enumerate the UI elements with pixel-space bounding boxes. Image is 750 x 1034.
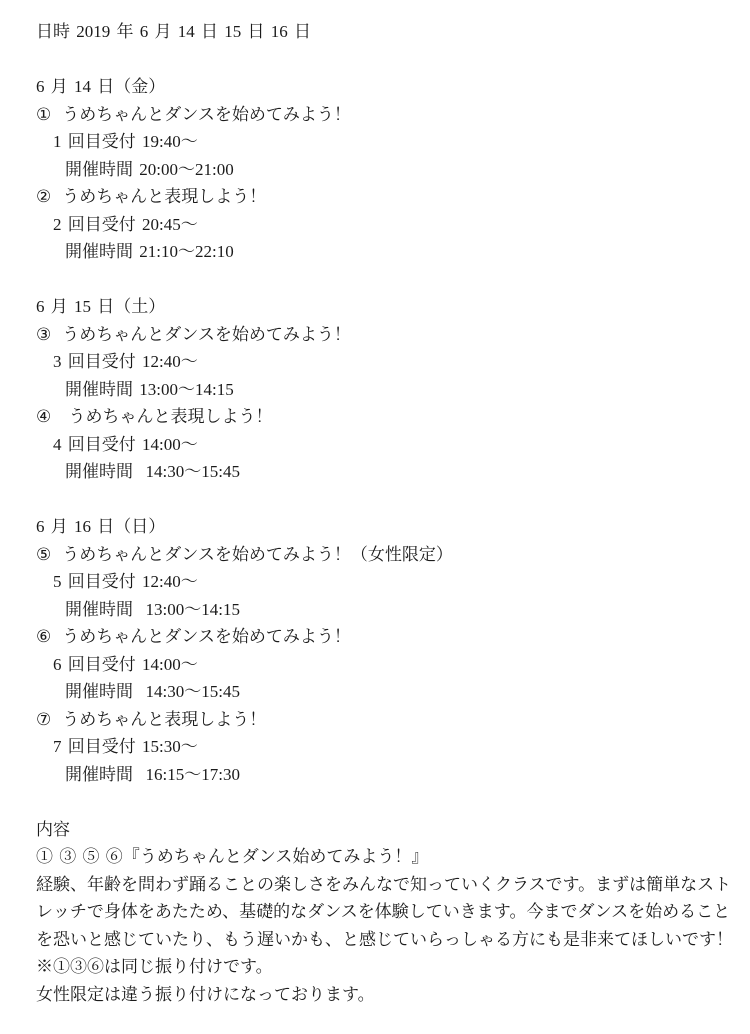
- event-reception: 7 回目受付 15:30～: [36, 733, 736, 761]
- event-reception: 3 回目受付 12:40～: [36, 348, 736, 376]
- event-reception: 4 回目受付 14:00～: [36, 431, 736, 459]
- event-time: 開催時間 16:15～17:30: [36, 761, 736, 789]
- event-reception: 1 回目受付 19:40～: [36, 128, 736, 156]
- day-date: 6 月 15 日（土）: [36, 293, 736, 321]
- circled-number-icon: ⑦: [36, 706, 51, 734]
- event-title-line: ①うめちゃんとダンスを始めてみよう！: [36, 101, 736, 129]
- event-time: 開催時間 14:30～15:45: [36, 458, 736, 486]
- event-reception: 6 回目受付 14:00～: [36, 651, 736, 679]
- event-title-line: ②うめちゃんと表現しよう！: [36, 183, 736, 211]
- content-note-choreography: ※①③⑥は同じ振り付けです。: [36, 953, 736, 981]
- event-title-line: ④ うめちゃんと表現しよう！: [36, 403, 736, 431]
- day-section-june15: 6 月 15 日（土） ③うめちゃんとダンスを始めてみよう！ 3 回目受付 12…: [36, 293, 736, 486]
- event-title: うめちゃんと表現しよう！: [62, 187, 266, 206]
- day-section-june16: 6 月 16 日（日） ⑤うめちゃんとダンスを始めてみよう！（女性限定） 5 回…: [36, 513, 736, 788]
- event-title: うめちゃんとダンスを始めてみよう！: [62, 105, 351, 124]
- circled-number-icon: ④: [36, 403, 51, 431]
- day-section-june14: 6 月 14 日（金） ①うめちゃんとダンスを始めてみよう！ 1 回目受付 19…: [36, 73, 736, 266]
- event-title: うめちゃんと表現しよう！: [62, 710, 266, 729]
- circled-number-icon: ⑥: [36, 623, 51, 651]
- content-note-women-only: 女性限定は違う振り付けになっております。: [36, 981, 736, 1009]
- event-title: うめちゃんとダンスを始めてみよう！: [62, 325, 351, 344]
- event-item: ③うめちゃんとダンスを始めてみよう！ 3 回目受付 12:40～ 開催時間 13…: [36, 321, 736, 404]
- content-paragraph: 経験、年齢を問わず踊ることの楽しさをみんなで知っていくクラスです。まずは簡単なス…: [36, 871, 736, 954]
- event-title-line: ⑥うめちゃんとダンスを始めてみよう！: [36, 623, 736, 651]
- event-time: 開催時間 14:30～15:45: [36, 678, 736, 706]
- event-reception: 2 回目受付 20:45～: [36, 211, 736, 239]
- event-time: 開催時間 13:00～14:15: [36, 376, 736, 404]
- circled-number-icon: ⑤: [36, 541, 51, 569]
- day-date: 6 月 16 日（日）: [36, 513, 736, 541]
- event-time: 開催時間 13:00～14:15: [36, 596, 736, 624]
- content-section: 内容 ① ③ ⑤ ⑥『うめちゃんとダンス始めてみよう！』 経験、年齢を問わず踊る…: [36, 816, 736, 1009]
- circled-number-icon: ②: [36, 183, 51, 211]
- circled-number-icon: ①: [36, 101, 51, 129]
- content-heading: 内容: [36, 816, 736, 844]
- content-subtitle: ① ③ ⑤ ⑥『うめちゃんとダンス始めてみよう！』: [36, 843, 736, 871]
- event-title: うめちゃんとダンスを始めてみよう！（女性限定）: [62, 545, 453, 564]
- event-title-line: ⑤うめちゃんとダンスを始めてみよう！（女性限定）: [36, 541, 736, 569]
- event-item: ④ うめちゃんと表現しよう！ 4 回目受付 14:00～ 開催時間 14:30～…: [36, 403, 736, 486]
- event-item: ⑤うめちゃんとダンスを始めてみよう！（女性限定） 5 回目受付 12:40～ 開…: [36, 541, 736, 624]
- event-title: うめちゃんと表現しよう！: [62, 407, 272, 426]
- event-item: ②うめちゃんと表現しよう！ 2 回目受付 20:45～ 開催時間 21:10～2…: [36, 183, 736, 266]
- event-item: ⑦うめちゃんと表現しよう！ 7 回目受付 15:30～ 開催時間 16:15～1…: [36, 706, 736, 789]
- circled-number-icon: ③: [36, 321, 51, 349]
- date-time-header: 日時 2019 年 6 月 14 日 15 日 16 日: [36, 18, 736, 46]
- event-time: 開催時間 20:00～21:00: [36, 156, 736, 184]
- document-page: 日時 2019 年 6 月 14 日 15 日 16 日 6 月 14 日（金）…: [0, 0, 750, 1034]
- event-item: ⑥うめちゃんとダンスを始めてみよう！ 6 回目受付 14:00～ 開催時間 14…: [36, 623, 736, 706]
- day-date: 6 月 14 日（金）: [36, 73, 736, 101]
- event-title-line: ③うめちゃんとダンスを始めてみよう！: [36, 321, 736, 349]
- event-title-line: ⑦うめちゃんと表現しよう！: [36, 706, 736, 734]
- event-time: 開催時間 21:10～22:10: [36, 238, 736, 266]
- event-item: ①うめちゃんとダンスを始めてみよう！ 1 回目受付 19:40～ 開催時間 20…: [36, 101, 736, 184]
- event-title: うめちゃんとダンスを始めてみよう！: [62, 627, 351, 646]
- event-reception: 5 回目受付 12:40～: [36, 568, 736, 596]
